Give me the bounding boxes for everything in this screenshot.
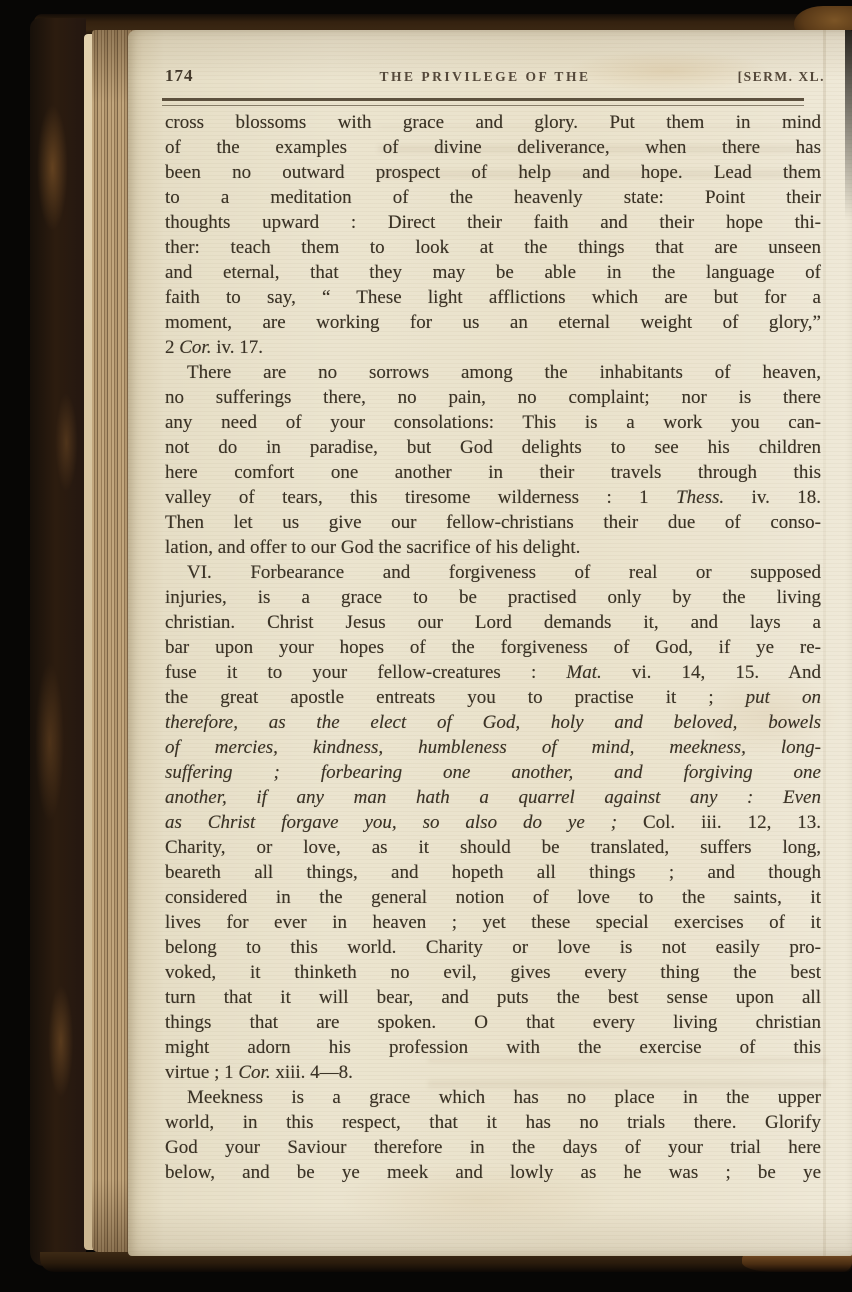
page-right-crease [823,30,826,1256]
text-line: moment, are working for us an eternal we… [165,310,821,335]
text-line: turn that it will bear, and puts the bes… [165,985,821,1010]
page-body: cross blossoms with grace and glory. Put… [165,110,821,1185]
text-line: Meekness is a grace which has no place i… [165,1085,821,1110]
text-line: the great apostle entreats you to practi… [165,685,821,710]
text-line: might adorn his profession with the exer… [165,1035,821,1060]
text-line: to a meditation of the heavenly state: P… [165,185,821,210]
text-line: considered in the general notion of love… [165,885,821,910]
text-line: of mercies, kindness, humbleness of mind… [165,735,821,760]
text-line: injuries, is a grace to be practised onl… [165,585,821,610]
book-page: 174 THE PRIVILEGE OF THE [SERM. XL. cros… [128,30,852,1256]
section-label: [SERM. XL. [695,69,825,85]
text-line: 2 Cor. iv. 17. [165,335,821,360]
page-top-right-shadow [845,30,852,220]
text-line: not do in paradise, but God delights to … [165,435,821,460]
text-line: ther: teach them to look at the things t… [165,235,821,260]
text-line: suffering ; forbearing one another, and … [165,760,821,785]
text-line: lives for ever in heaven ; yet these spe… [165,910,821,935]
text-line: bar upon your hopes of the forgiveness o… [165,635,821,660]
header-double-rule [162,98,804,106]
text-line: thoughts upward : Direct their faith and… [165,210,821,235]
text-line: valley of tears, this tiresome wildernes… [165,485,821,510]
book-photograph: 174 THE PRIVILEGE OF THE [SERM. XL. cros… [0,0,852,1292]
text-line: no sufferings there, no pain, no complai… [165,385,821,410]
running-title: THE PRIVILEGE OF THE [275,69,695,85]
text-line: belong to this world. Charity or love is… [165,935,821,960]
page-number: 174 [165,66,275,86]
text-line: as Christ forgave you, so also do ye ; C… [165,810,821,835]
text-line: and eternal, that they may be able in th… [165,260,821,285]
text-line: things that are spoken. O that every liv… [165,1010,821,1035]
text-line: another, if any man hath a quarrel again… [165,785,821,810]
text-line: voked, it thinketh no evil, gives every … [165,960,821,985]
text-line: lation, and offer to our God the sacrifi… [165,535,821,560]
text-line: VI. Forbearance and forgiveness of real … [165,560,821,585]
text-line: Then let us give our fellow-christians t… [165,510,821,535]
text-line: Charity, or love, as it should be transl… [165,835,821,860]
text-line: faith to say, “ These light afflictions … [165,285,821,310]
text-line: christian. Christ Jesus our Lord demands… [165,610,821,635]
text-line: world, in this respect, that it has no t… [165,1110,821,1135]
text-line: beareth all things, and hopeth all thing… [165,860,821,885]
text-line: cross blossoms with grace and glory. Put… [165,110,821,135]
page-header: 174 THE PRIVILEGE OF THE [SERM. XL. [165,66,825,86]
text-line: fuse it to your fellow-creatures : Mat. … [165,660,821,685]
text-line: been no outward prospect of help and hop… [165,160,821,185]
text-line: any need of your consolations: This is a… [165,410,821,435]
text-line: virtue ; 1 Cor. xiii. 4—8. [165,1060,821,1085]
text-line: There are no sorrows among the inhabitan… [165,360,821,385]
text-line: below, and be ye meek and lowly as he wa… [165,1160,821,1185]
book-cover-spine [30,18,86,1266]
text-line: of the examples of divine deliverance, w… [165,135,821,160]
text-line: here comfort one another in their travel… [165,460,821,485]
text-line: God your Saviour therefore in the days o… [165,1135,821,1160]
text-line: therefore, as the elect of God, holy and… [165,710,821,735]
